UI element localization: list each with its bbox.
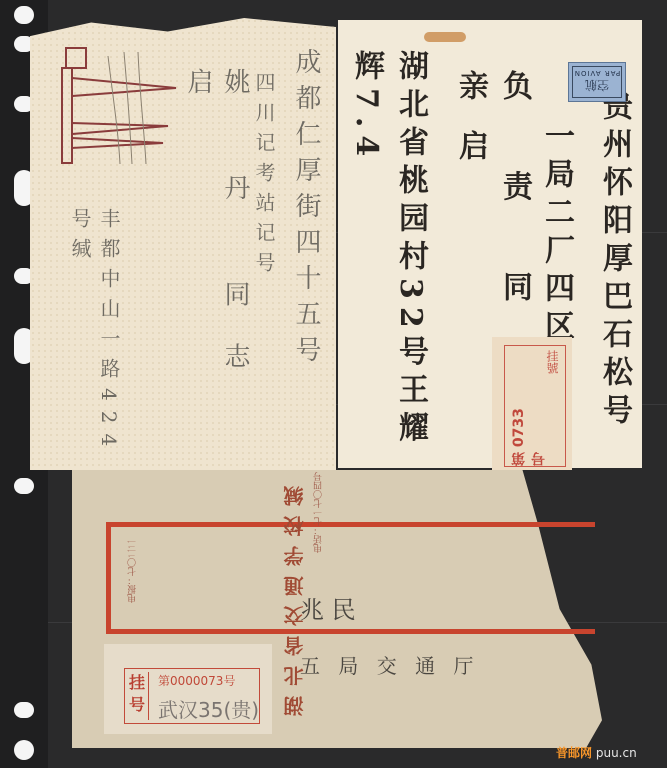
handwritten-address: 五 局 交 通 厅 xyxy=(300,650,479,679)
recipient-name: 姚 丹 同志 启 xyxy=(180,68,254,470)
address-line: 一局二厂四区 xyxy=(534,120,578,348)
airmail-french: PAR AVION xyxy=(574,70,621,78)
rust-stain xyxy=(424,32,466,42)
watermark: 普邮网 puu.cn xyxy=(556,744,637,761)
binder-hole xyxy=(14,6,34,24)
registration-number: 第 0733 号 xyxy=(509,406,549,466)
handwritten-name: 兆 民 xyxy=(300,590,356,625)
watermark-brand: 普邮网 xyxy=(556,746,592,760)
airmail-label: 空航 PAR AVION xyxy=(568,62,626,102)
watermark-domain: puu.cn xyxy=(596,746,637,760)
binder-hole xyxy=(14,740,34,760)
binder-hole xyxy=(14,478,34,494)
printed-telegraph: 电报：七〇二二 xyxy=(126,540,139,603)
address-line: 贵州怀阳厚巴石松号 xyxy=(592,90,636,432)
sender-address: 湖北省桃园村32号王耀辉7.4 xyxy=(344,50,432,468)
envelope-left: 成都仁厚街四十五号 四川记考站记号 姚 丹 同志 启 丰都中山一路424号缄 xyxy=(30,18,336,470)
registration-number: 第0000073号 xyxy=(158,672,235,689)
address-line: 四川记考站记号 xyxy=(250,72,279,282)
registration-title: 挂号 xyxy=(126,672,149,720)
registration-label: 挂号 第0000073号 武汉35(贵) xyxy=(104,644,272,734)
sender-address: 丰都中山一路424号缄 xyxy=(66,208,124,470)
registration-label: 挂號 第 0733 号 xyxy=(492,337,572,470)
registration-title: 挂號 xyxy=(544,350,561,374)
oil-derrick-icon xyxy=(58,38,178,168)
binder-hole xyxy=(14,702,34,718)
printed-phone: 电话：七一七〇四号 xyxy=(312,472,325,553)
postmark-stamp: 武汉35(贵) xyxy=(158,694,259,723)
airmail-chinese: 空航 xyxy=(585,78,609,95)
address-line: 成都仁厚街四十五号 xyxy=(288,48,325,372)
